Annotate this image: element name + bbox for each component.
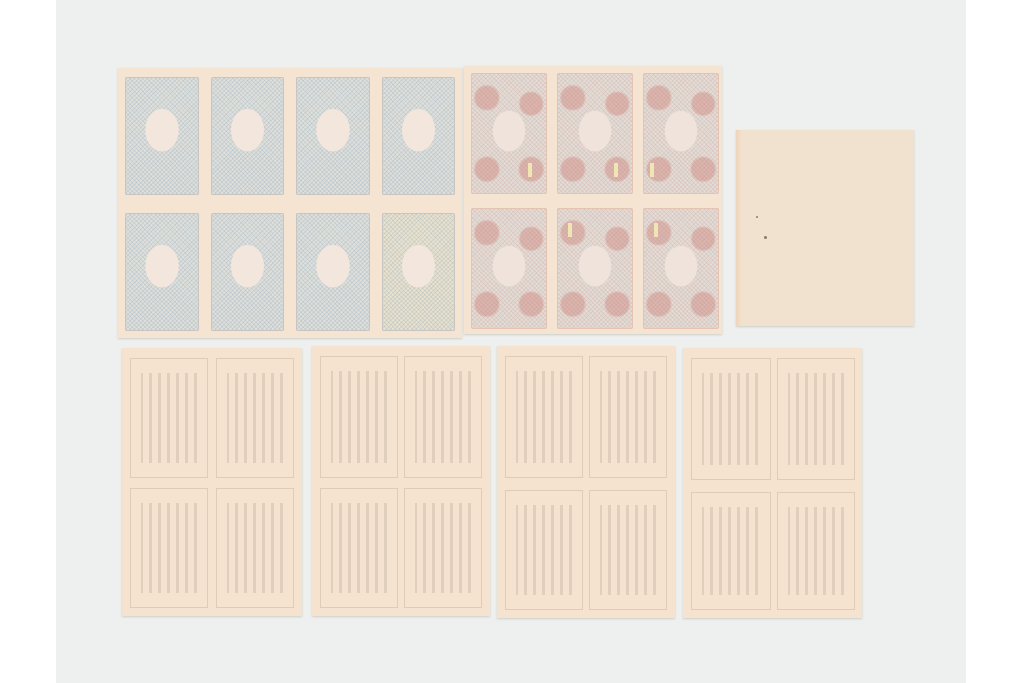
blue-card — [383, 78, 455, 194]
text-panel — [505, 356, 583, 478]
blue-card — [297, 78, 369, 194]
text-panel — [130, 358, 208, 478]
text-panel — [216, 488, 294, 608]
text-sheet-label: Text sheet 1 — [122, 348, 128, 349]
blue-card — [126, 78, 198, 194]
blue-card — [383, 214, 455, 330]
red-card — [472, 209, 546, 328]
text-panel — [691, 492, 771, 610]
red-card — [644, 74, 718, 193]
text-sheet: Text sheet 4 — [683, 348, 862, 618]
red-card — [558, 209, 632, 328]
blue-card-sheet: Uncut sheet of blue-printed card backs — [118, 68, 462, 338]
text-panel — [505, 490, 583, 610]
ink-spot — [764, 236, 767, 239]
red-sheet-label: Uncut sheet of red-printed card backs — [464, 66, 483, 67]
text-panel — [320, 356, 398, 478]
text-panel — [320, 488, 398, 608]
text-sheet: Text sheet 3 — [497, 346, 675, 618]
text-sheet: Text sheet 1 — [122, 348, 302, 616]
blue-card — [126, 214, 198, 330]
text-panel — [404, 356, 482, 478]
ink-spot — [756, 216, 758, 218]
blue-card — [212, 214, 284, 330]
yellow-tab — [650, 163, 654, 177]
red-card-sheet: Uncut sheet of red-printed card backs — [464, 66, 722, 334]
red-card — [472, 74, 546, 193]
text-panel — [216, 358, 294, 478]
yellow-tab — [614, 163, 618, 177]
red-card — [644, 209, 718, 328]
text-panel — [404, 488, 482, 608]
text-panel — [777, 358, 855, 480]
text-panel — [777, 492, 855, 610]
square-card: Single blank square card with faint prin… — [736, 130, 914, 326]
text-sheet-label: Text sheet 2 — [312, 346, 318, 347]
yellow-tab — [654, 223, 658, 237]
text-sheet: Text sheet 2 — [312, 346, 490, 616]
text-panel — [589, 356, 667, 478]
text-sheet-label: Text sheet 3 — [497, 346, 503, 347]
blue-sheet-label: Uncut sheet of blue-printed card backs — [118, 68, 137, 69]
text-panel — [691, 358, 771, 480]
text-sheet-label: Text sheet 4 — [683, 348, 689, 349]
blue-card — [297, 214, 369, 330]
text-panel — [589, 490, 667, 610]
text-panel — [130, 488, 208, 608]
yellow-tab — [568, 223, 572, 237]
yellow-tab — [528, 163, 532, 177]
stained-edge — [736, 130, 742, 326]
red-card — [558, 74, 632, 193]
blue-card — [212, 78, 284, 194]
